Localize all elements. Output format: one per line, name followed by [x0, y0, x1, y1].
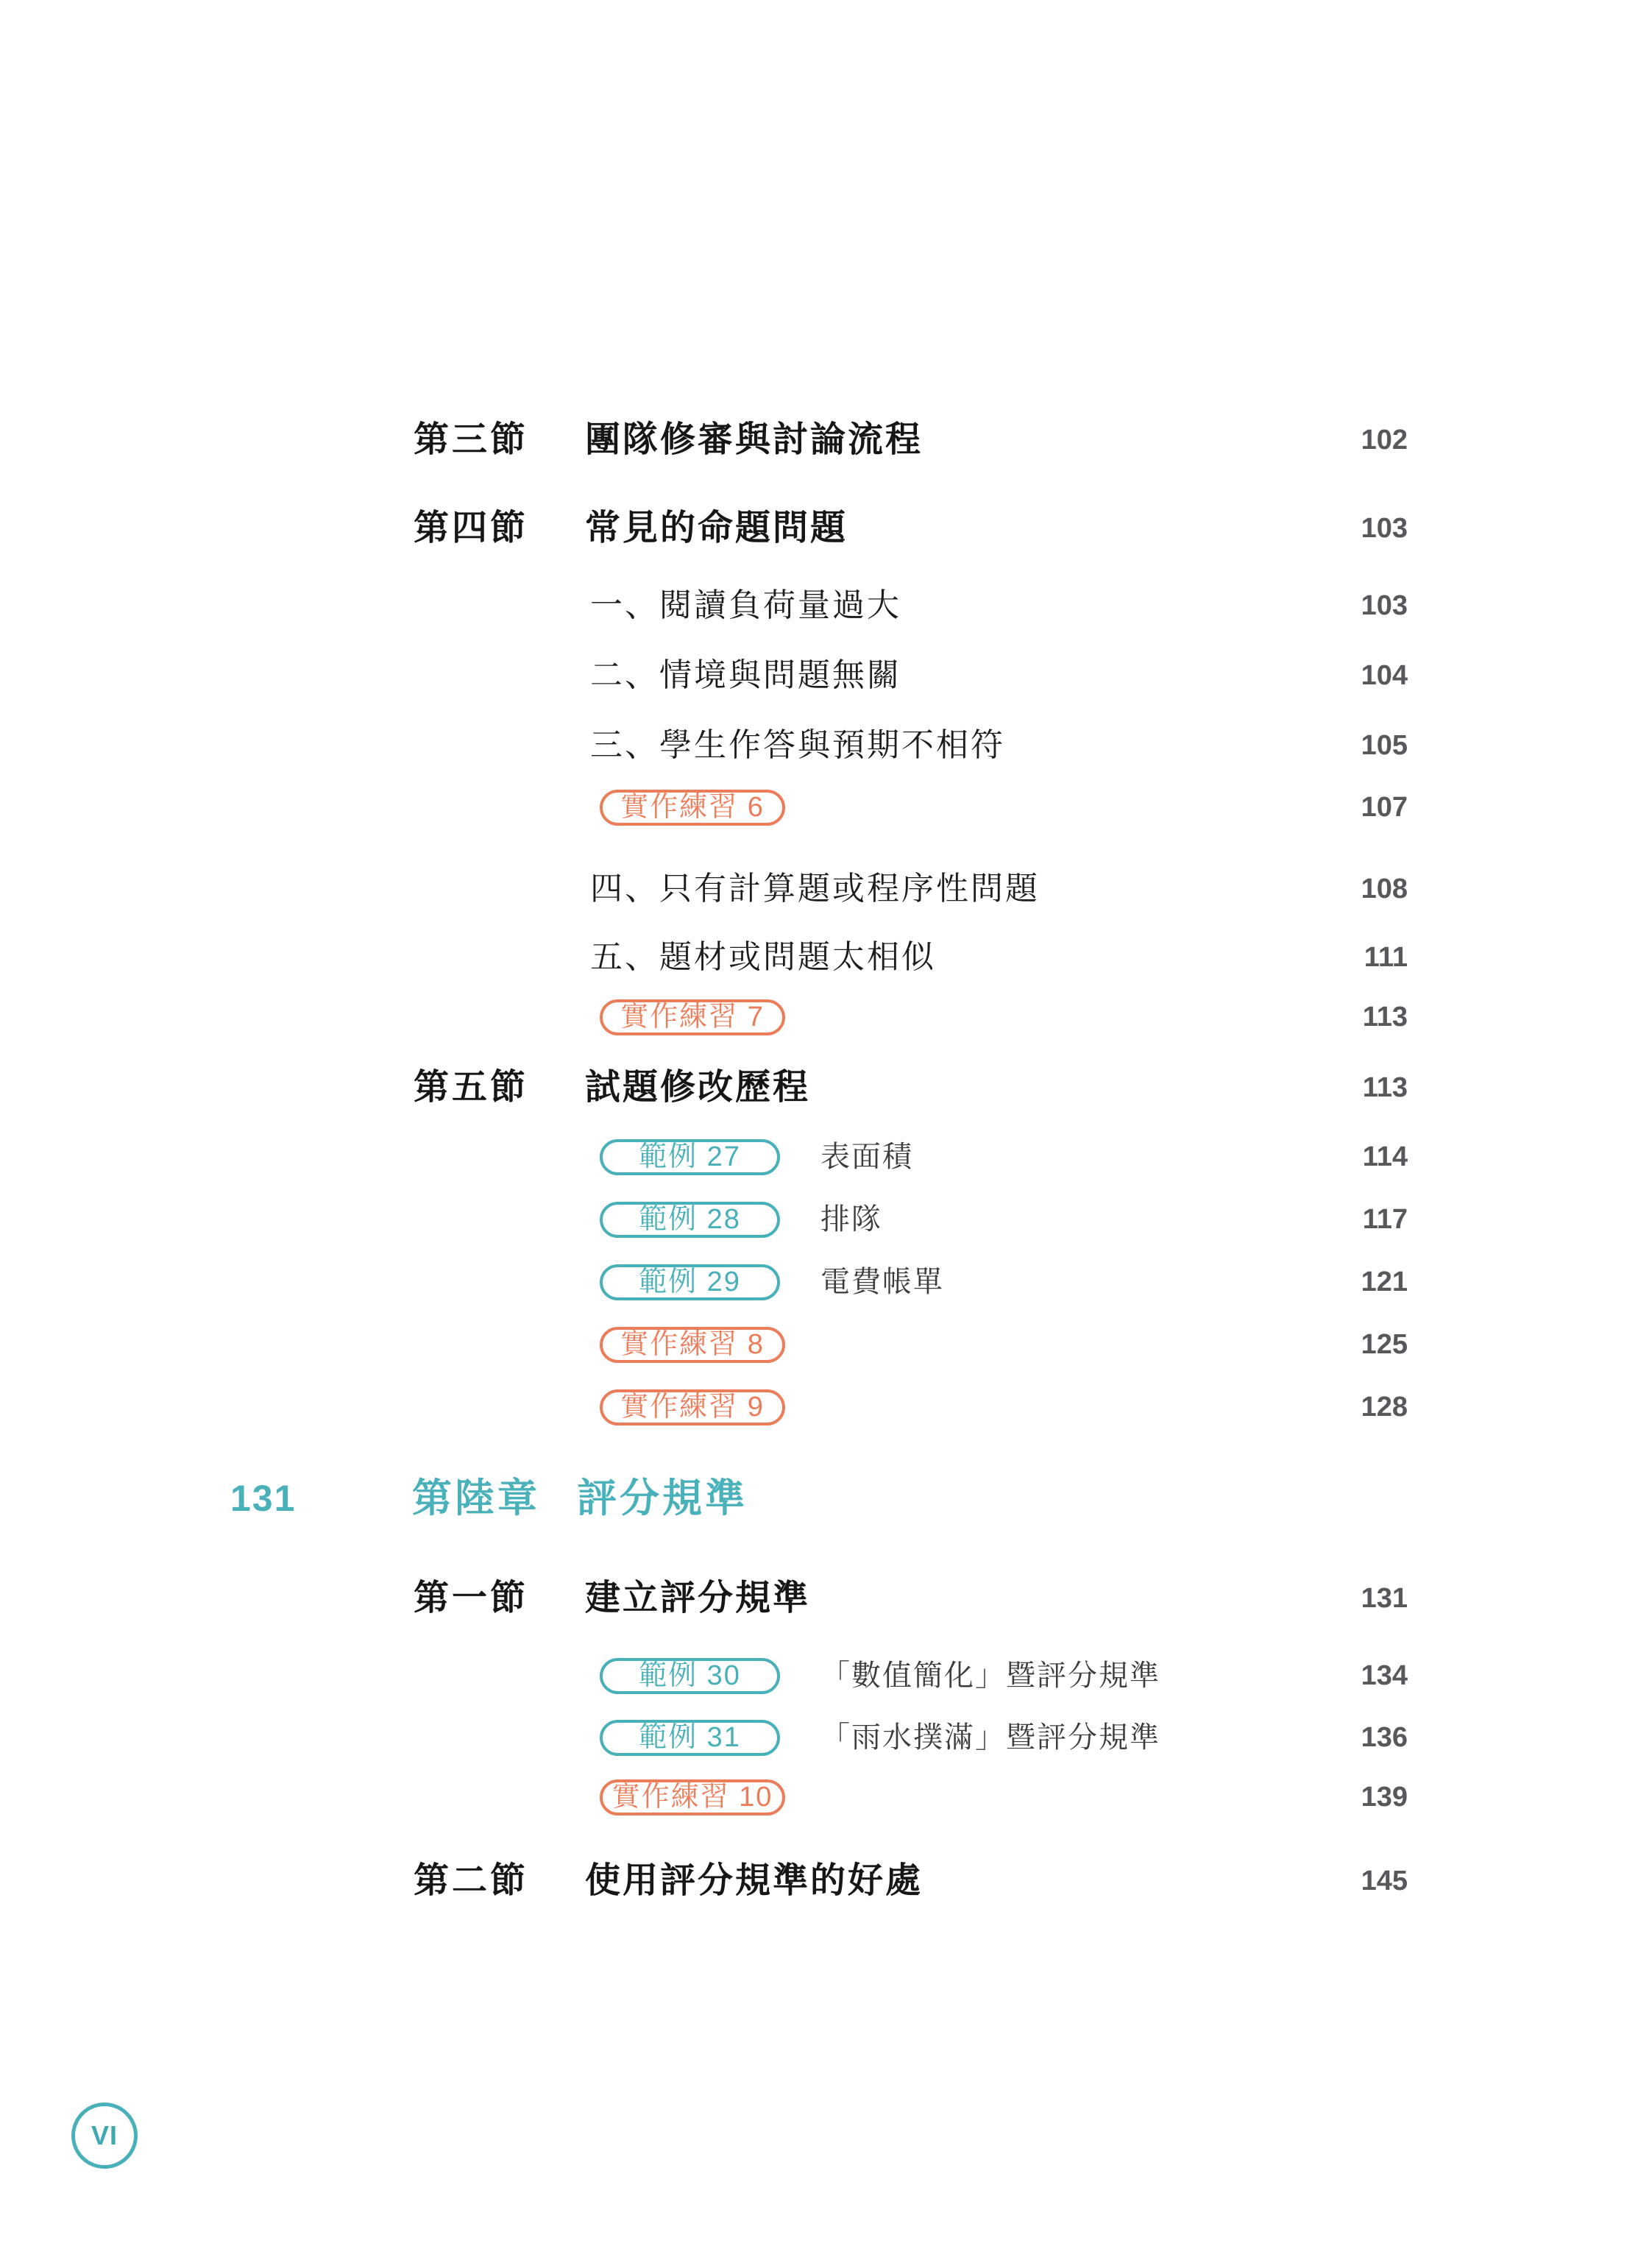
example-badge: 範例 28 — [600, 1202, 780, 1238]
practice-badge: 實作練習 6 — [600, 790, 785, 826]
toc-section-title: 團隊修審與討論流程 — [585, 421, 923, 459]
toc-section-label: 第一節 — [414, 1579, 528, 1618]
toc-page-number: 117 — [1363, 1202, 1408, 1238]
toc-page-number: 103 — [1361, 509, 1408, 548]
example-description: 表面積 — [820, 1139, 913, 1175]
page-indicator-roman: VI — [71, 2103, 138, 2169]
chapter-title: 評分規準 — [577, 1478, 748, 1519]
toc-page-number: 104 — [1361, 657, 1408, 694]
toc-page-number: 105 — [1361, 727, 1408, 764]
toc-section-title: 試題修改歷程 — [585, 1069, 810, 1107]
toc-page: 第三節 團隊修審與討論流程 102 第四節 常見的命題問題 103 一、閱讀負荷… — [0, 0, 1652, 2260]
example-description: 電費帳單 — [820, 1264, 944, 1300]
chapter-page-number: 131 — [230, 1478, 296, 1519]
toc-page-number: 121 — [1361, 1264, 1408, 1300]
example-badge: 範例 29 — [600, 1264, 780, 1300]
toc-page-number: 111 — [1364, 939, 1408, 976]
practice-badge: 實作練習 10 — [600, 1779, 785, 1816]
example-description: 排隊 — [820, 1202, 882, 1238]
example-description: 「雨水撲滿」暨評分規準 — [820, 1720, 1160, 1756]
practice-badge: 實作練習 8 — [600, 1327, 785, 1363]
toc-page-number: 136 — [1361, 1720, 1408, 1756]
chapter-label: 第陸章 — [412, 1478, 540, 1519]
toc-subitem-title: 三、學生作答與預期不相符 — [590, 727, 1005, 764]
practice-badge: 實作練習 9 — [600, 1389, 785, 1425]
practice-badge: 實作練習 7 — [600, 999, 785, 1035]
toc-section-title: 使用評分規準的好處 — [585, 1862, 923, 1900]
toc-page-number: 113 — [1363, 1069, 1408, 1107]
example-description: 「數值簡化」暨評分規準 — [820, 1658, 1160, 1694]
toc-subitem-title: 四、只有計算題或程序性問題 — [590, 871, 1040, 907]
toc-page-number: 145 — [1361, 1862, 1408, 1900]
example-badge: 範例 30 — [600, 1658, 780, 1694]
toc-page-number: 139 — [1361, 1779, 1408, 1816]
toc-subitem-title: 一、閱讀負荷量過大 — [590, 587, 901, 624]
page-indicator-label: VI — [91, 2120, 118, 2151]
toc-subitem-title: 五、題材或問題太相似 — [590, 939, 936, 976]
toc-section-label: 第四節 — [414, 509, 528, 548]
toc-page-number: 102 — [1361, 421, 1408, 459]
toc-section-title: 建立評分規準 — [585, 1579, 810, 1618]
toc-page-number: 134 — [1361, 1658, 1408, 1694]
example-badge: 範例 27 — [600, 1139, 780, 1175]
toc-page-number: 103 — [1361, 587, 1408, 624]
toc-page-number: 107 — [1361, 790, 1408, 826]
toc-page-number: 108 — [1361, 871, 1408, 907]
toc-page-number: 128 — [1361, 1389, 1408, 1425]
toc-page-number: 114 — [1363, 1139, 1408, 1175]
toc-section-label: 第三節 — [414, 421, 528, 459]
toc-section-title: 常見的命題問題 — [585, 509, 848, 548]
toc-section-label: 第二節 — [414, 1862, 528, 1900]
example-badge: 範例 31 — [600, 1720, 780, 1756]
toc-page-number: 131 — [1361, 1579, 1408, 1618]
toc-page-number: 113 — [1363, 999, 1408, 1035]
toc-subitem-title: 二、情境與問題無關 — [590, 657, 901, 694]
toc-page-number: 125 — [1361, 1327, 1408, 1363]
toc-section-label: 第五節 — [414, 1069, 528, 1107]
